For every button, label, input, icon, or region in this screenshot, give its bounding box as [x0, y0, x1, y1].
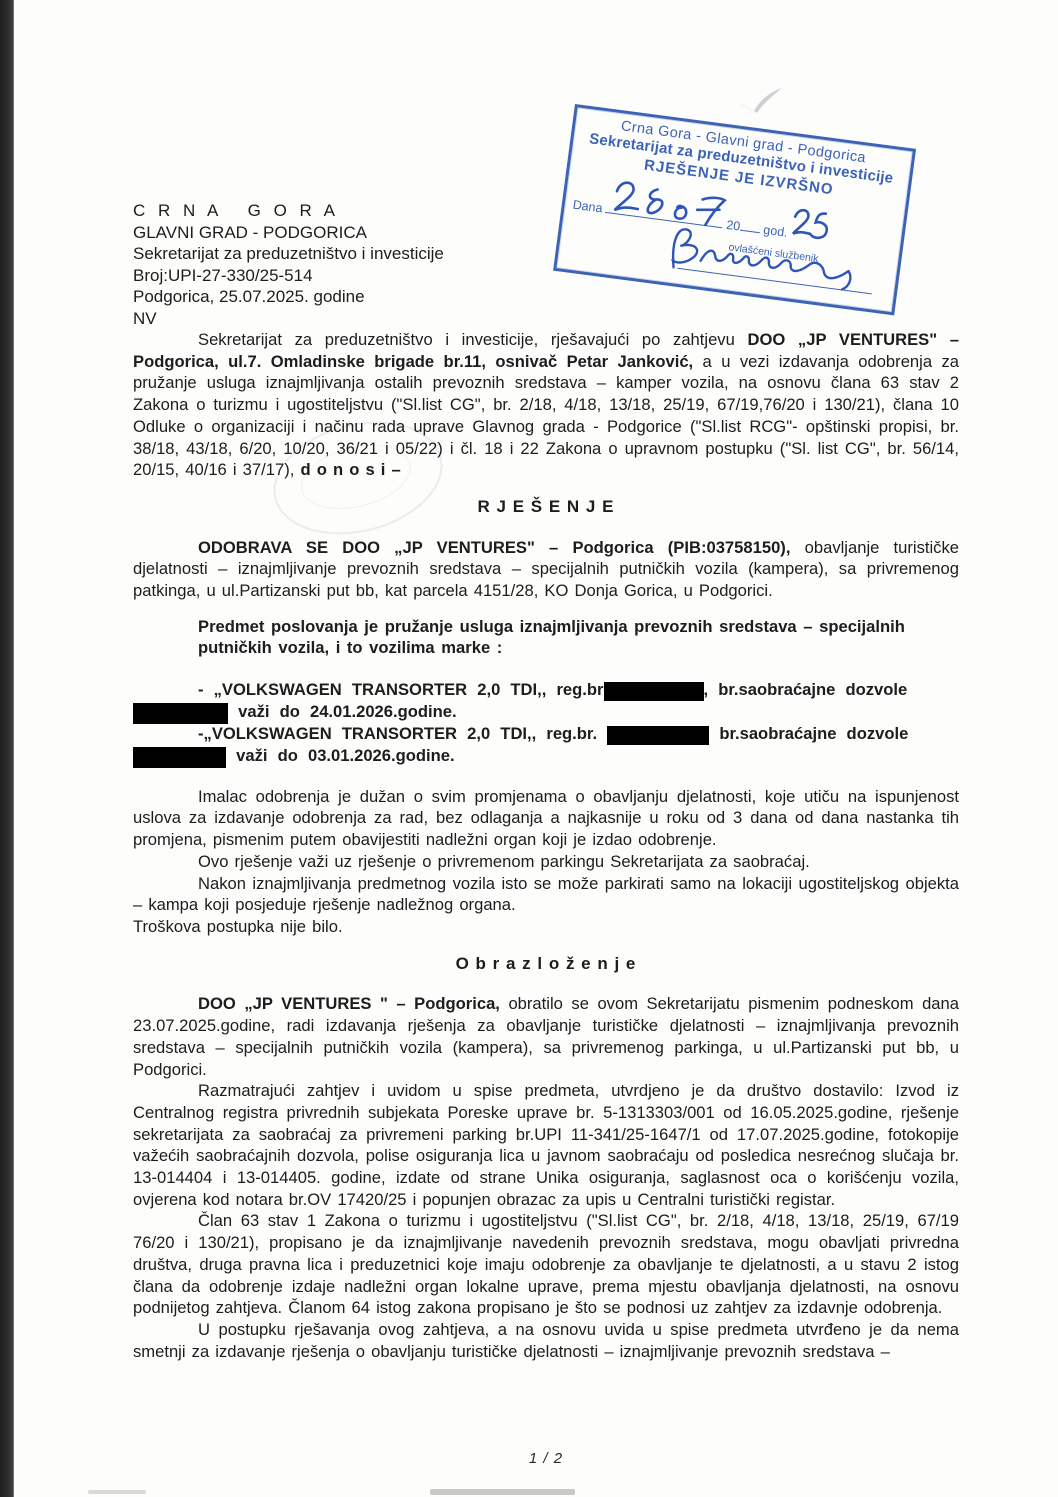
document-body: Sekretarijat za preduzetništvo i investi…: [133, 329, 959, 1362]
signature-line: [677, 268, 871, 295]
page-number: 1 / 2: [133, 1450, 959, 1467]
checkmark-artifact-icon: [730, 82, 790, 118]
explanation-title: O b r a z l o ž e n j e: [133, 953, 959, 975]
letterhead-department: Sekretarijat za preduzetništvo i investi…: [133, 243, 444, 265]
scanned-document-page: Crna Gora - Glavni grad - Podgorica Sekr…: [0, 0, 1058, 1497]
stamp-god-label: god.: [763, 223, 789, 240]
handwritten-year-25: [786, 204, 834, 245]
redaction-box: [133, 703, 228, 724]
letterhead: C R N A G O R A GLAVNI GRAD - PODGORICA …: [133, 200, 444, 329]
vehicle-list: - „VOLKSWAGEN TRANSORTER 2,0 TDI,, reg.b…: [133, 679, 959, 767]
scan-smudge: [88, 1490, 146, 1494]
approval-paragraph: ODOBRAVA SE DOO „JP VENTURES" – Podgoric…: [133, 537, 959, 602]
conclusion-paragraph: U postupku rješavanja ovog zahtjeva, a n…: [133, 1319, 959, 1362]
scanner-edge-band: [0, 0, 14, 1497]
vehicle-item-2: -„VOLKSWAGEN TRANSORTER 2,0 TDI,, reg.br…: [133, 723, 959, 767]
letterhead-city: GLAVNI GRAD - PODGORICA: [133, 222, 444, 244]
validity-paragraph: Ovo rješenje važi uz rješenje o privreme…: [133, 851, 959, 873]
redaction-box: [133, 747, 226, 768]
scan-smudge: [430, 1489, 575, 1495]
stamp-year-prefix: 20: [725, 218, 741, 234]
executive-stamp: Crna Gora - Glavni grad - Podgorica Sekr…: [553, 104, 916, 315]
subject-paragraph: Predmet poslovanja je pružanje usluga iz…: [133, 616, 959, 659]
letterhead-clerk-initials: NV: [133, 308, 444, 330]
costs-paragraph: Troškova postupka nije bilo.: [133, 916, 959, 938]
intro-paragraph: Sekretarijat za preduzetništvo i investi…: [133, 329, 959, 481]
stamp-date-blank: [605, 200, 724, 228]
letterhead-case-number: Broj:UPI-27-330/25-514: [133, 265, 444, 287]
stamp-signer-label: ovlašćeni službenik: [728, 241, 819, 265]
redaction-box: [604, 682, 704, 701]
parking-rule-paragraph: Nakon iznajmljivanja predmetnog vozila i…: [133, 873, 959, 916]
request-paragraph: DOO „JP VENTURES " – Podgorica, obratilo…: [133, 993, 959, 1080]
stamp-year-blank: [740, 218, 762, 233]
obligation-paragraph: Imalac odobrenja je dužan o svim promjen…: [133, 786, 959, 851]
letterhead-country: C R N A G O R A: [133, 200, 444, 222]
stamp-date-row: Dana 20 god.: [572, 196, 789, 240]
stamp-date-label: Dana: [572, 198, 603, 216]
law-paragraph: Član 63 stav 1 Zakona o turizmu i ugosti…: [133, 1210, 959, 1319]
review-paragraph: Razmatrajući zahtjev i uvidom u spise pr…: [133, 1080, 959, 1210]
decision-title: R J E Š E N J E: [133, 496, 959, 518]
vehicle-item-1: - „VOLKSWAGEN TRANSORTER 2,0 TDI,, reg.b…: [133, 679, 959, 723]
redaction-box: [607, 726, 709, 745]
letterhead-place-date: Podgorica, 25.07.2025. godine: [133, 286, 444, 308]
